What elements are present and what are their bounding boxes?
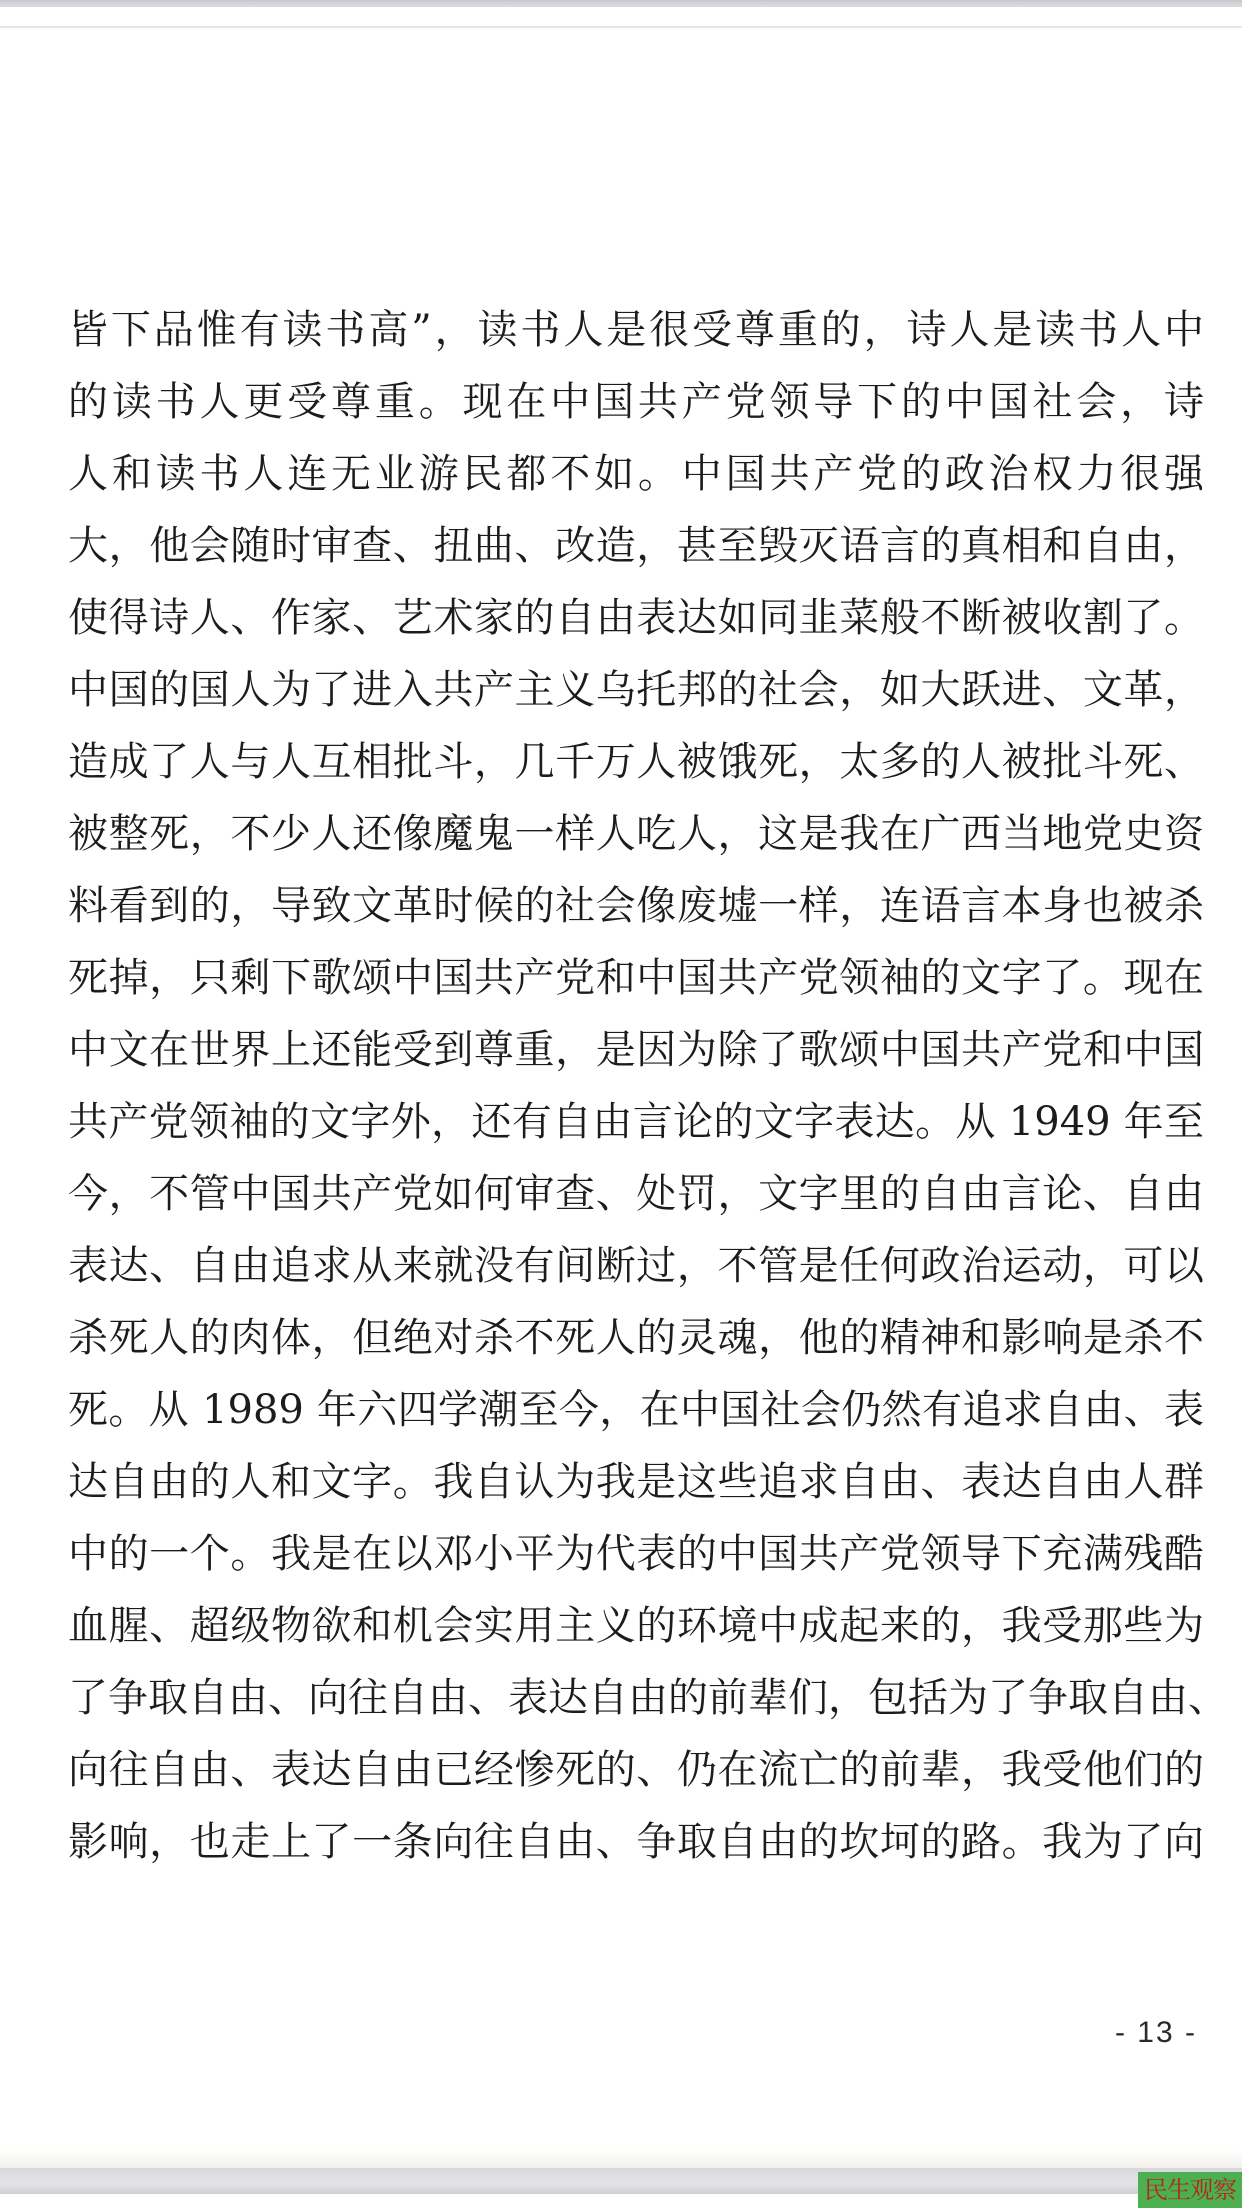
text-line: 造成了人与人互相批斗，几千万人被饿死，太多的人被批斗死、: [68, 726, 1204, 798]
page-bottom-fade: [0, 2150, 1242, 2168]
text-line: 皆下品惟有读书高”，读书人是很受尊重的，诗人是读书人中: [68, 294, 1204, 366]
text-line: 达自由的人和文字。我自认为我是这些追求自由、表达自由人群: [68, 1446, 1204, 1518]
header-rule: [0, 26, 1242, 28]
text-line: 死掉，只剩下歌颂中国共产党和中国共产党领袖的文字了。现在: [68, 942, 1204, 1014]
text-line: 的读书人更受尊重。现在中国共产党领导下的中国社会，诗: [68, 366, 1204, 438]
page-separator-bar: [0, 2168, 1242, 2194]
text-line: 了争取自由、向往自由、表达自由的前辈们，包括为了争取自由、: [68, 1662, 1204, 1734]
text-line: 人和读书人连无业游民都不如。中国共产党的政治权力很强: [68, 438, 1204, 510]
top-page-edge: [0, 0, 1242, 7]
text-line: 杀死人的肉体，但绝对杀不死人的灵魂，他的精神和影响是杀不: [68, 1302, 1204, 1374]
text-line: 向往自由、表达自由已经惨死的、仍在流亡的前辈，我受他们的: [68, 1734, 1204, 1806]
text-line: 血腥、超级物欲和机会实用主义的环境中成起来的，我受那些为: [68, 1590, 1204, 1662]
text-line: 被整死，不少人还像魔鬼一样人吃人，这是我在广西当地党史资: [68, 798, 1204, 870]
text-line: 中文在世界上还能受到尊重，是因为除了歌颂中国共产党和中国: [68, 1014, 1204, 1086]
watermark-badge: 民生观察: [1138, 2172, 1242, 2208]
text-line: 料看到的，导致文革时候的社会像废墟一样，连语言本身也被杀: [68, 870, 1204, 942]
text-line: 大，他会随时审查、扭曲、改造，甚至毁灭语言的真相和自由，: [68, 510, 1204, 582]
page-number: - 13 -: [1100, 2016, 1212, 2050]
text-line: 影响，也走上了一条向往自由、争取自由的坎坷的路。我为了向: [68, 1806, 1204, 1878]
next-page-edge: [0, 2194, 1242, 2208]
text-line: 中国的国人为了进入共产主义乌托邦的社会，如大跃进、文革，: [68, 654, 1204, 726]
document-body: 皆下品惟有读书高”，读书人是很受尊重的，诗人是读书人中 的读书人更受尊重。现在中…: [68, 294, 1208, 1878]
text-line: 使得诗人、作家、艺术家的自由表达如同韭菜般不断被收割了。: [68, 582, 1204, 654]
text-line: 今，不管中国共产党如何审查、处罚，文字里的自由言论、自由: [68, 1158, 1204, 1230]
text-line: 中的一个。我是在以邓小平为代表的中国共产党领导下充满残酷: [68, 1518, 1204, 1590]
text-line: 共产党领袖的文字外，还有自由言论的文字表达。从 1949 年至: [68, 1086, 1204, 1158]
text-line: 表达、自由追求从来就没有间断过，不管是任何政治运动，可以: [68, 1230, 1204, 1302]
text-line: 死。从 1989 年六四学潮至今，在中国社会仍然有追求自由、表: [68, 1374, 1204, 1446]
